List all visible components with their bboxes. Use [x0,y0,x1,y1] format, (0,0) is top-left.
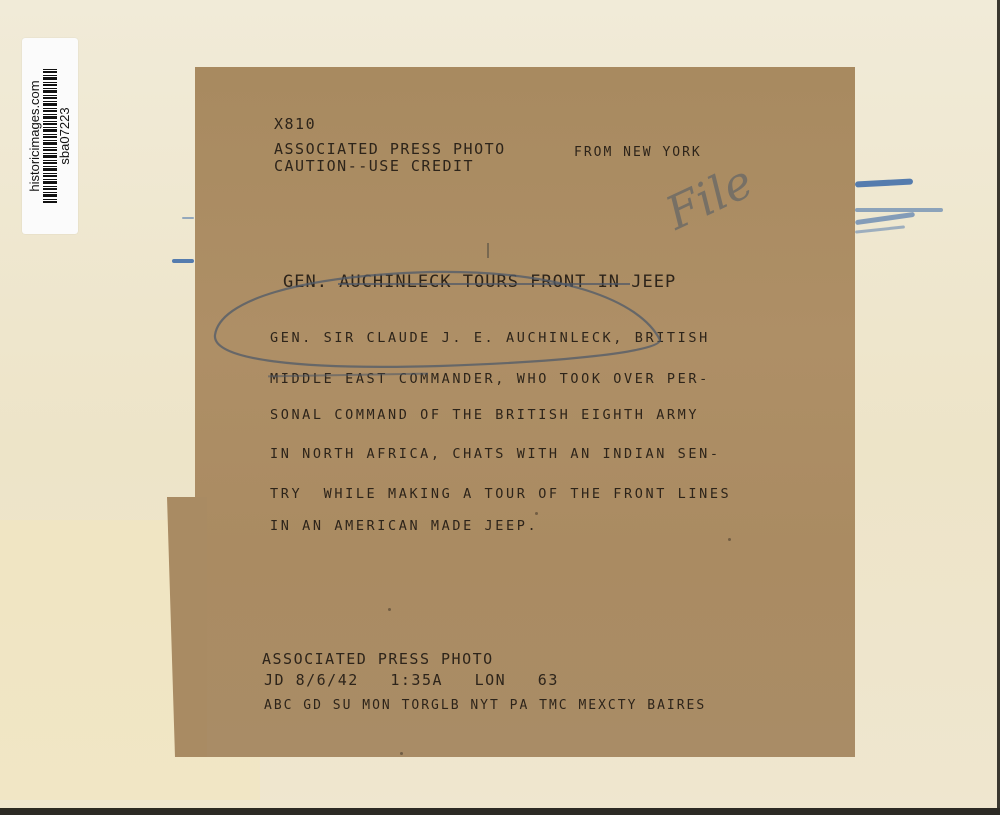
sticker-id-label: sba07223 [58,107,72,164]
sticker-site-label: historicimages.com [28,80,42,191]
speck [728,538,731,541]
crayon-mark [182,217,194,219]
barcode-sticker: historicimages.com sba07223 [22,38,78,234]
barcode-icon [43,69,57,203]
footer-distribution: ABC GD SU MON TORGLB NYT PA TMC MEXCTY B… [264,698,706,713]
speck [535,512,538,515]
caption-line: IN AN AMERICAN MADE JEEP. [270,518,538,534]
caution-line: CAUTION--USE CREDIT [274,158,474,175]
footer-transmission: JD 8/6/42 1:35A LON 63 [264,671,559,689]
agency-header: ASSOCIATED PRESS PHOTO [274,141,506,158]
photo-code: X810 [274,116,316,133]
caption-line: IN NORTH AFRICA, CHATS WITH AN INDIAN SE… [270,446,721,462]
strikethrough-line [338,283,630,285]
crayon-mark [172,259,194,263]
headline: GEN. AUCHINLECK TOURS FRONT IN JEEP [283,272,676,292]
frame-edge [0,808,1000,815]
speck [388,608,391,611]
speck [400,752,403,755]
caption-line: SONAL COMMAND OF THE BRITISH EIGHTH ARMY [270,407,699,423]
footer-agency: ASSOCIATED PRESS PHOTO [262,650,494,668]
origin-line: FROM NEW YORK [574,145,702,160]
crayon-mark [855,208,943,212]
caption-line: GEN. SIR CLAUDE J. E. AUCHINLECK, BRITIS… [270,330,710,346]
caption-line: TRY WHILE MAKING A TOUR OF THE FRONT LIN… [270,486,731,502]
